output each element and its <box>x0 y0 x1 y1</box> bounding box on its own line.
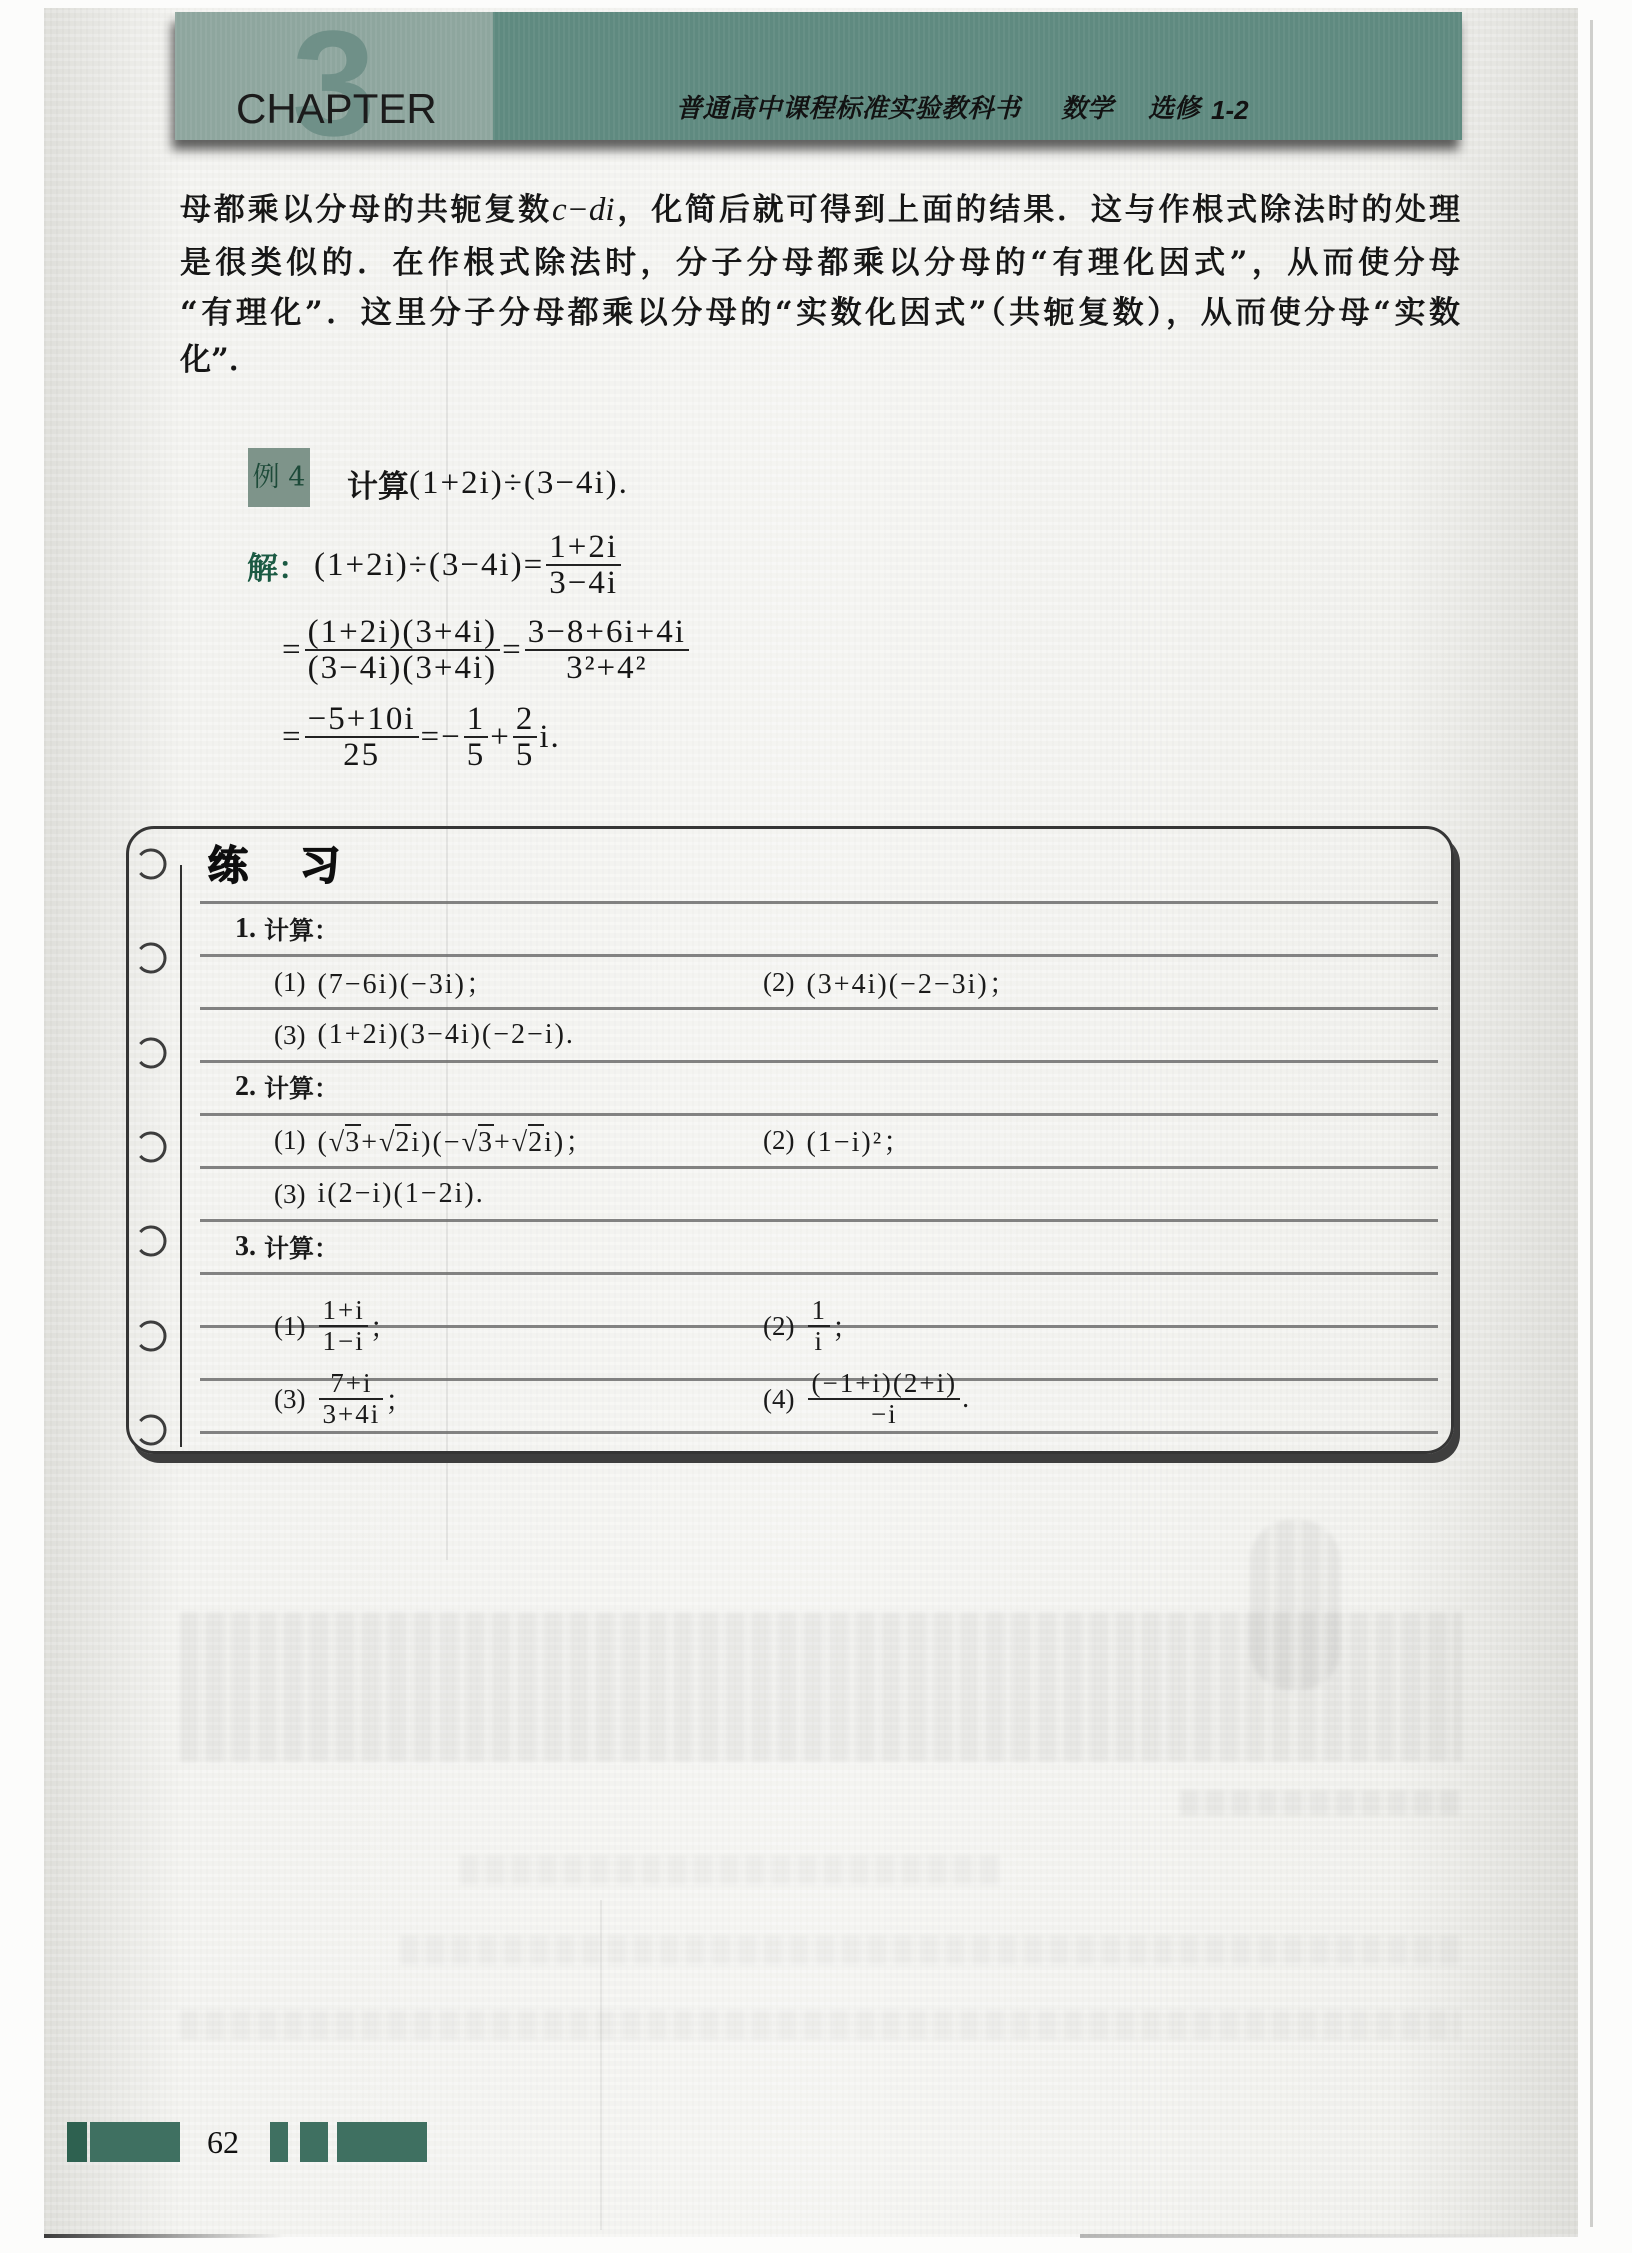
ruled-line <box>200 1431 1438 1434</box>
fraction: 15 <box>464 702 489 772</box>
footer-bar <box>67 2122 87 2162</box>
fraction: 7+i3+4i <box>319 1369 383 1429</box>
subject-title: 数学 <box>1061 96 1113 123</box>
exercise-heading: 3. 计算： <box>235 1225 339 1269</box>
item-punctuation: . <box>962 1383 969 1415</box>
paragraph-line: 是很类似的．在作根式除法时，分子分母都乘以分母的“有理化因式”，从而使分母 <box>180 238 1460 288</box>
binder-ring-icon <box>140 1133 165 1161</box>
binder-ring-icon <box>140 1416 165 1444</box>
exercise-item: (1) 1+i1−i ； <box>274 1294 398 1358</box>
fraction: 1+i1−i <box>319 1296 367 1356</box>
fraction: 1i <box>808 1296 830 1356</box>
fraction: −5+10i25 <box>305 702 419 772</box>
page-bottom-shadow <box>1080 2234 1560 2238</box>
book-title: 普通高中课程标准实验教科书 <box>676 96 1021 123</box>
paragraph-line: 化”． <box>180 335 1460 385</box>
module-title: 选修 <box>1148 96 1200 123</box>
numerator: 1 <box>464 702 489 738</box>
item-label: (1) <box>274 967 305 998</box>
numerator: −5+10i <box>305 702 419 738</box>
solution-step-2: = (1+2i)(3+4i)(3−4i)(3+4i) = 3−8+6i+4i3²… <box>282 614 691 686</box>
item-punctuation: ； <box>370 1306 398 1346</box>
exercise-item: (3) (1+2i)(3−4i)(−2−i). <box>274 1013 575 1057</box>
binder-ring-icon <box>140 1322 165 1350</box>
ruled-line <box>200 1113 1438 1116</box>
fraction: (−1+i)(2+i)−i <box>808 1369 960 1429</box>
item-punctuation: ； <box>832 1306 860 1346</box>
exercise-title: 练习 <box>208 842 392 890</box>
footer-bar <box>90 2122 180 2162</box>
item-label: (2) <box>763 1311 794 1342</box>
math-text: (1+2i)÷(3−4i)= <box>314 547 544 584</box>
exercise-number: 1. <box>235 913 256 945</box>
problem-expression: (1+2i)÷(3−4i). <box>409 465 629 502</box>
module-number: 1-2 <box>1211 97 1249 123</box>
exercise-item: (3) i(2−i)(1−2i). <box>274 1172 485 1216</box>
denominator: −i <box>808 1400 960 1429</box>
exercise-number: 3. <box>235 1231 256 1263</box>
numerator: 1+i <box>319 1296 367 1327</box>
conjugate-expression: c−di <box>552 192 615 228</box>
binder-ring-icon <box>140 1039 165 1067</box>
fraction: 3−8+6i+4i3²+4² <box>525 615 689 685</box>
exercise-number: 2. <box>235 1071 256 1103</box>
footer-bar <box>300 2122 328 2162</box>
paragraph-text: 母都乘以分母的共轭复数 <box>180 192 552 228</box>
item-label: (3) <box>274 1384 305 1415</box>
math-text: i. <box>539 719 560 756</box>
exercise-item: (2) 1i ； <box>763 1294 860 1358</box>
chapter-label: CHAPTER <box>236 88 437 130</box>
binder-ring-icon <box>140 850 165 878</box>
numerator: (1+2i)(3+4i) <box>305 615 501 651</box>
numerator: 7+i <box>319 1369 383 1400</box>
ruled-line <box>200 954 1438 957</box>
paragraph-text: ，化简后就可得到上面的结果．这与作根式除法时的处理 <box>615 192 1460 228</box>
denominator: i <box>808 1327 830 1356</box>
exercise-instruction: 计算： <box>264 911 339 947</box>
exercise-instruction: 计算： <box>264 1069 339 1105</box>
numerator: 1 <box>808 1296 830 1327</box>
ruled-line <box>200 1060 1438 1063</box>
bleed-through-line <box>180 2010 1460 2040</box>
notebook-margin-line <box>180 865 182 1447</box>
math-text: =− <box>421 719 462 756</box>
solution-step-3: = −5+10i25 =− 15 + 25 i. <box>282 701 561 773</box>
ruled-line <box>200 1272 1438 1275</box>
bleed-through-line <box>460 1855 1000 1885</box>
chapter-header-band: 3 CHAPTER 普通高中课程标准实验教科书 数学 选修 1-2 <box>175 12 1462 140</box>
binder-rings <box>130 840 174 1452</box>
item-label: (1) <box>274 1311 305 1342</box>
denominator: 3−4i <box>546 566 621 600</box>
denominator: 5 <box>464 738 489 772</box>
bleed-through-line <box>400 1935 1460 1965</box>
footer-bar <box>337 2122 427 2162</box>
bleed-through-figure <box>1250 1520 1340 1690</box>
denominator: 5 <box>513 738 538 772</box>
item-punctuation: ； <box>385 1379 413 1419</box>
item-expression: (√3+√2i)(−√3+√2i)； <box>317 1120 595 1160</box>
page-edge-line <box>1590 20 1593 2227</box>
denominator: 3+4i <box>319 1400 383 1429</box>
item-expression: i(2−i)(1−2i). <box>317 1178 484 1210</box>
item-label: (4) <box>763 1384 794 1415</box>
item-label: (3) <box>274 1179 305 1210</box>
solution-label: 解： <box>247 543 314 588</box>
item-label: (1) <box>274 1125 305 1156</box>
example-problem: 计算 (1+2i)÷(3−4i). <box>347 447 629 519</box>
exercise-item: (4) (−1+i)(2+i)−i . <box>763 1367 969 1431</box>
math-text: = <box>282 719 303 756</box>
chapter-panel: 3 CHAPTER <box>175 12 493 140</box>
denominator: 1−i <box>319 1327 367 1356</box>
numerator: 2 <box>513 702 538 738</box>
solution-step-1: 解： (1+2i)÷(3−4i)= 1+2i3−4i <box>247 529 623 601</box>
exercise-item: (1) (7−6i)(−3i)； <box>274 960 496 1004</box>
binder-ring-icon <box>140 944 165 972</box>
item-label: (2) <box>763 1125 794 1156</box>
ruled-line <box>200 1219 1438 1222</box>
ruled-line <box>200 1007 1438 1010</box>
exercise-item: (1) (√3+√2i)(−√3+√2i)； <box>274 1118 595 1162</box>
fraction: 1+2i3−4i <box>546 530 621 600</box>
fraction: (1+2i)(3+4i)(3−4i)(3+4i) <box>305 615 501 685</box>
math-text: = <box>282 632 303 669</box>
item-label: (3) <box>274 1020 305 1051</box>
page-bottom-shadow <box>44 2234 284 2238</box>
numerator: 1+2i <box>546 530 621 566</box>
ruled-line <box>200 1166 1438 1169</box>
item-expression: (7−6i)(−3i)； <box>317 962 495 1002</box>
exercise-item: (2) (3+4i)(−2−3i)； <box>763 960 1019 1004</box>
bleed-through-line <box>1180 1790 1460 1816</box>
math-text: = <box>502 632 523 669</box>
paragraph-line: “有理化”．这里分子分母都乘以分母的“实数化因式”（共轭复数），从而使分母“实数 <box>180 288 1460 338</box>
item-expression: (3+4i)(−2−3i)； <box>806 962 1018 1002</box>
binder-ring-icon <box>140 1227 165 1255</box>
example-badge: 例 4 <box>248 448 310 507</box>
item-expression: (1+2i)(3−4i)(−2−i). <box>317 1019 574 1051</box>
fraction: 25 <box>513 702 538 772</box>
exercise-heading: 2. 计算： <box>235 1065 339 1109</box>
math-text: + <box>490 719 511 756</box>
exercise-item: (3) 7+i3+4i ； <box>274 1367 413 1431</box>
numerator: (−1+i)(2+i) <box>808 1369 960 1400</box>
paragraph-line: 母都乘以分母的共轭复数c−di，化简后就可得到上面的结果．这与作根式除法时的处理 <box>180 185 1460 235</box>
exercise-item: (2) (1−i)²； <box>763 1118 913 1162</box>
numerator: 3−8+6i+4i <box>525 615 689 651</box>
denominator: 3²+4² <box>525 651 689 685</box>
footer-bar <box>270 2122 288 2162</box>
denominator: (3−4i)(3+4i) <box>305 651 501 685</box>
item-expression: (1−i)²； <box>806 1120 913 1160</box>
denominator: 25 <box>305 738 419 772</box>
page-number: 62 <box>207 2122 239 2162</box>
item-label: (2) <box>763 967 794 998</box>
exercise-instruction: 计算： <box>264 1229 339 1265</box>
exercise-heading: 1. 计算： <box>235 907 339 951</box>
problem-prefix: 计算 <box>347 461 409 506</box>
ruled-line <box>200 901 1438 904</box>
